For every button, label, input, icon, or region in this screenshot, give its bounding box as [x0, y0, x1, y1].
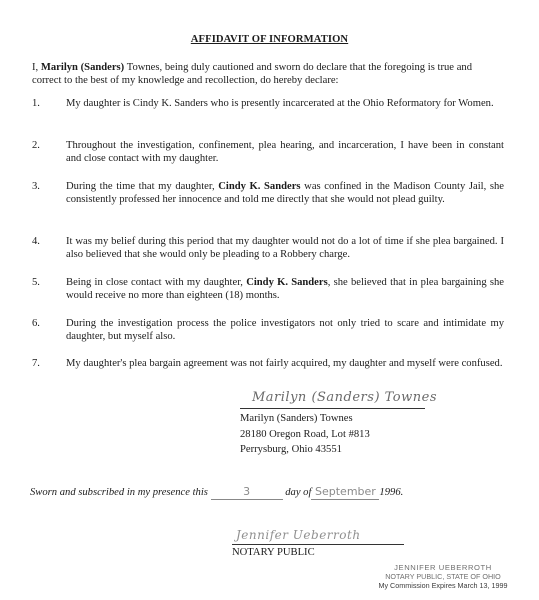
affidavit-title: AFFIDAVIT OF INFORMATION — [0, 33, 539, 46]
stamp-expiry: My Commission Expires March 13, 1999 — [352, 581, 534, 590]
month-value: September — [315, 485, 376, 498]
signer-address-line1: 28180 Oregon Road, Lot #813 — [240, 427, 370, 443]
statement-text: Being in close contact with my daughter,… — [66, 276, 504, 302]
month-blank: September — [311, 485, 379, 500]
sworn-prefix: Sworn and subscribed in my presence this — [30, 487, 208, 498]
handwritten-signature: Marilyn (Sanders) Townes — [252, 391, 437, 404]
signer-block: Marilyn (Sanders) Townes 28180 Oregon Ro… — [240, 411, 370, 458]
statement-text: My daughter is Cindy K. Sanders who is p… — [66, 97, 504, 110]
sworn-middle: day of — [285, 487, 311, 498]
signer-name: Marilyn (Sanders) Townes — [240, 411, 370, 427]
statement-number: 4. — [32, 235, 52, 248]
statement-text: During the investigation process the pol… — [66, 317, 504, 343]
statement-number: 5. — [32, 276, 52, 289]
notary-signature-line: Jennifer Ueberroth — [232, 530, 404, 545]
signature-line: Marilyn (Sanders) Townes — [240, 394, 425, 409]
stamp-name: JENNIFER UEBERROTH — [352, 563, 534, 572]
statement-text: Throughout the investigation, confinemen… — [66, 139, 504, 165]
notary-stamp: JENNIFER UEBERROTH NOTARY PUBLIC, STATE … — [352, 563, 534, 590]
day-value: 3 — [243, 485, 250, 498]
statement-text: My daughter's plea bargain agreement was… — [66, 357, 504, 370]
notary-handwritten-signature: Jennifer Ueberroth — [236, 529, 361, 542]
day-blank: 3 — [211, 485, 283, 500]
stamp-title: NOTARY PUBLIC, STATE OF OHIO — [352, 572, 534, 581]
signer-address-line2: Perrysburg, Ohio 43551 — [240, 442, 370, 458]
statement-number: 2. — [32, 139, 52, 152]
statement-number: 6. — [32, 317, 52, 330]
intro-prefix: I, — [32, 62, 41, 73]
statement-text: It was my belief during this period that… — [66, 235, 504, 261]
notary-label: NOTARY PUBLIC — [232, 546, 315, 559]
statement-number: 7. — [32, 357, 52, 370]
sworn-statement: Sworn and subscribed in my presence this… — [30, 485, 403, 500]
intro-paragraph: I, Marilyn (Sanders) Townes, being duly … — [32, 61, 472, 87]
statement-number: 1. — [32, 97, 52, 110]
statement-number: 3. — [32, 180, 52, 193]
declarant-name: Marilyn (Sanders) — [41, 62, 124, 73]
statement-text: During the time that my daughter, Cindy … — [66, 180, 504, 206]
year-value: 1996. — [379, 487, 403, 498]
